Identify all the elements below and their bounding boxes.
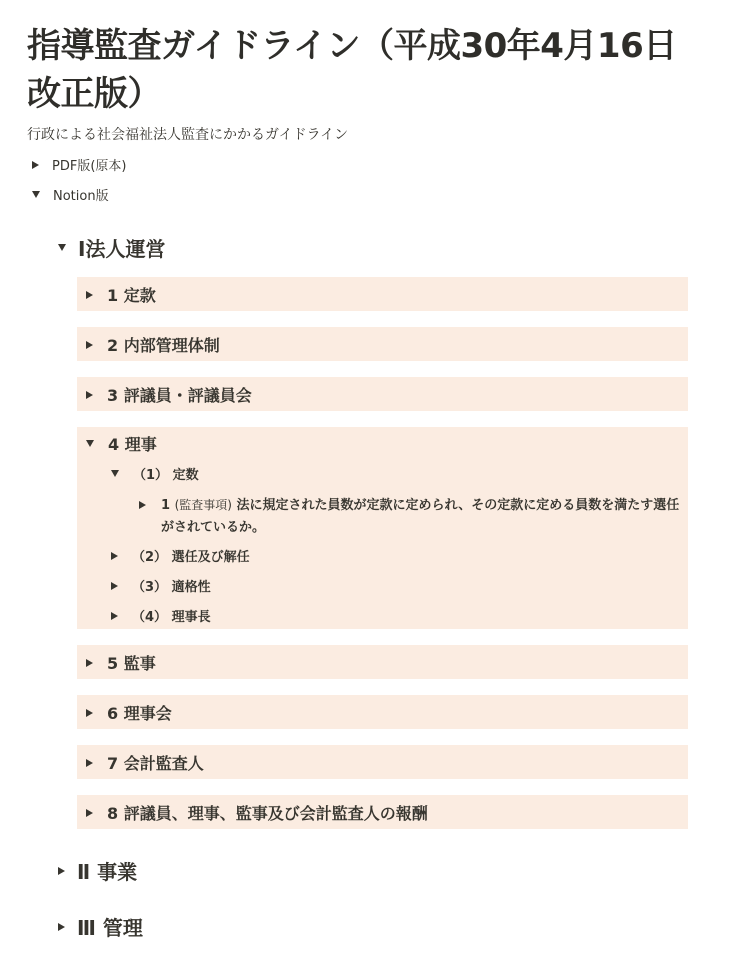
block-rijikai[interactable]: 6 理事会 bbox=[77, 695, 688, 729]
toggle-pdf-version[interactable]: PDF版(原本) bbox=[32, 155, 126, 174]
caret-down-icon[interactable] bbox=[86, 440, 94, 447]
caret-right-icon[interactable] bbox=[111, 552, 118, 560]
item-text: 法に規定された員数が定款に定められ、その定款に定める員数を満たす選任がされている… bbox=[161, 498, 679, 535]
block-label: 5 監事 bbox=[107, 651, 156, 674]
caret-right-icon[interactable] bbox=[32, 161, 39, 169]
block-kanji[interactable]: 5 監事 bbox=[77, 645, 688, 679]
block-label: 2 内部管理体制 bbox=[107, 333, 220, 356]
caret-right-icon[interactable] bbox=[86, 659, 93, 667]
section-heading: Ⅱ 事業 bbox=[77, 856, 137, 885]
toggle-label: Notion版 bbox=[53, 185, 109, 204]
caret-down-icon[interactable] bbox=[58, 244, 66, 251]
block-riji[interactable]: 4 理事 （1） 定数 1 (監査事項) 法に規定された員数が定款に定められ、そ… bbox=[77, 427, 688, 629]
caret-right-icon[interactable] bbox=[58, 923, 65, 931]
section-kanri[interactable]: Ⅲ 管理 bbox=[58, 912, 143, 941]
item-number: 1 bbox=[161, 498, 170, 513]
caret-right-icon[interactable] bbox=[86, 341, 93, 349]
block-kaikei-kansanin[interactable]: 7 会計監査人 bbox=[77, 745, 688, 779]
subtoggle-tekikaku[interactable]: （3） 適格性 bbox=[111, 576, 211, 595]
subtoggle-senin[interactable]: （2） 選任及び解任 bbox=[111, 546, 250, 565]
item-tag: (監査事項) bbox=[175, 498, 232, 512]
block-label: 4 理事 bbox=[108, 432, 157, 455]
block-hoshu[interactable]: 8 評議員、理事、監事及び会計監査人の報酬 bbox=[77, 795, 688, 829]
toggle-label: PDF版(原本) bbox=[52, 155, 126, 174]
block-label: 1 定款 bbox=[107, 283, 156, 306]
page-subtitle: 行政による社会福祉法人監査にかかるガイドライン bbox=[27, 124, 348, 144]
block-label: 8 評議員、理事、監事及び会計監査人の報酬 bbox=[107, 801, 428, 824]
caret-right-icon[interactable] bbox=[111, 612, 118, 620]
caret-down-icon[interactable] bbox=[32, 191, 40, 198]
page-title: 指導監査ガイドライン（平成30年4月16日改正版） bbox=[27, 22, 707, 118]
caret-right-icon[interactable] bbox=[86, 291, 93, 299]
block-label: 7 会計監査人 bbox=[107, 751, 204, 774]
caret-right-icon[interactable] bbox=[58, 867, 65, 875]
subtoggle-label: （2） 選任及び解任 bbox=[132, 546, 250, 565]
caret-right-icon[interactable] bbox=[86, 709, 93, 717]
section-jigyo[interactable]: Ⅱ 事業 bbox=[58, 856, 137, 885]
block-teikan[interactable]: 1 定款 bbox=[77, 277, 688, 311]
caret-right-icon[interactable] bbox=[86, 809, 93, 817]
subtoggle-label: （1） 定数 bbox=[133, 464, 199, 483]
block-label: 6 理事会 bbox=[107, 701, 172, 724]
subtoggle-teisu[interactable]: （1） 定数 bbox=[111, 464, 199, 483]
caret-right-icon[interactable] bbox=[86, 391, 93, 399]
block-hyogiin[interactable]: 3 評議員・評議員会 bbox=[77, 377, 688, 411]
toggle-notion-version[interactable]: Notion版 bbox=[32, 185, 109, 204]
audit-item-1[interactable]: 1 (監査事項) 法に規定された員数が定款に定められ、その定款に定める員数を満た… bbox=[139, 494, 684, 539]
section-heading: Ⅲ 管理 bbox=[77, 912, 143, 941]
subtoggle-label: （4） 理事長 bbox=[132, 606, 211, 625]
caret-right-icon[interactable] bbox=[86, 759, 93, 767]
block-naibu-kanri[interactable]: 2 内部管理体制 bbox=[77, 327, 688, 361]
caret-right-icon[interactable] bbox=[111, 582, 118, 590]
subtoggle-label: （3） 適格性 bbox=[132, 576, 211, 595]
block-label: 3 評議員・評議員会 bbox=[107, 383, 252, 406]
section-hojin-unei[interactable]: Ⅰ法人運営 bbox=[58, 233, 165, 262]
caret-down-icon[interactable] bbox=[111, 470, 119, 477]
section-heading: Ⅰ法人運営 bbox=[78, 233, 165, 262]
subtoggle-rijicho[interactable]: （4） 理事長 bbox=[111, 606, 211, 625]
caret-right-icon[interactable] bbox=[139, 501, 146, 509]
